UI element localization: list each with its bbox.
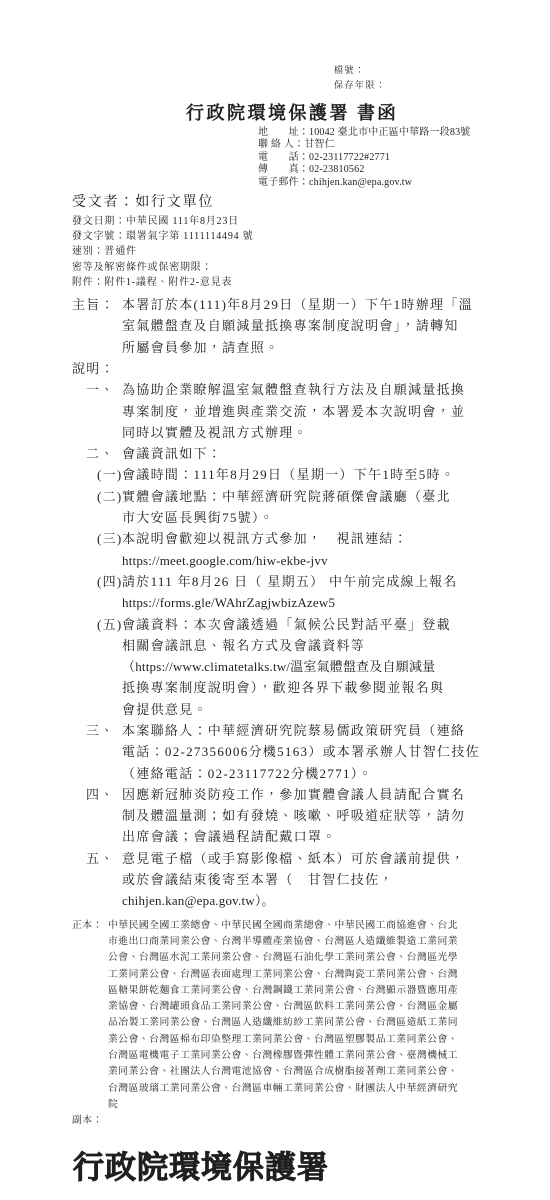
document-title: 行政院環境保護署 書函 [0,0,550,124]
item-line: 抵換專案制度說明會），歡迎各界下載參閱並報名與 [122,677,451,698]
item-line: 會提供意見。 [122,699,451,720]
subject-line: 所屬會員參加，請查照。 [122,337,473,358]
item-number: (二) [97,486,122,529]
item-line: 實體會議地點：中華經濟研究院蔣碩傑會議廳（臺北 [122,486,451,507]
item-number: 四、 [86,784,122,848]
cc-line: 業公會、台灣區棉布印染整理工業同業公會、台灣區塑膠製品工業同業公會、 [108,1032,458,1048]
recipient-line: 受文者：如行文單位 [72,195,550,210]
explanation-label: 說明： [72,358,550,379]
item-number: (四) [97,571,122,614]
official-letter-page: 檔號： 保存年限： 行政院環境保護署 書函 地 址：10042 臺北市中正區中華… [0,0,550,1200]
agency-contact-block: 地 址：10042 臺北市中正區中華路一段83號 聯 絡 人：甘智仁 電 話：0… [258,127,550,189]
cc-line: 業協會、台灣罐頭食品工業同業公會、台灣區飲料工業同業公會、台灣區金屬 [108,999,458,1015]
original-copy-section: 正本： 中華民國全國工業總會、中華民國全國商業總會、中華民國工商協進會、台北 市… [72,918,550,1114]
item-line: 出席會議；會議過程請配戴口罩。 [122,826,465,847]
item-line: 因應新冠肺炎防疫工作，參加實體會議人員請配合實名 [122,784,465,805]
item-line: 本案聯絡人：中華經濟研究院蔡易儒政策研究員（連絡 [122,720,480,741]
item-number: (一) [97,464,122,485]
item-line: 同時以實體及視訊方式辦理。 [122,422,465,443]
item-line: 相關會議訊息、報名方式及會議資料等 [122,635,451,656]
item-line: 請於111 年8月26 日（ 星期五） 中午前完成線上報名 [122,571,458,592]
explanation-item-4: 四、 因應新冠肺炎防疫工作，參加實體會議人員請配合實名 制及體溫量測；如有發燒、… [86,784,550,848]
contact-address-line: 地 址：10042 臺北市中正區中華路一段83號 [258,127,550,139]
item-number: (三) [97,528,122,571]
doc-meta-block: 發文日期：中華民國 111年8月23日 發文字號：環署氣字第 111111449… [72,214,550,290]
doc-number-line: 發文字號：環署氣字第 1111114494 號 [72,229,550,244]
issue-date-line: 發文日期：中華民國 111年8月23日 [72,214,550,229]
item-line: 或於會議結束後寄至本署（ 甘智仁技佐， [122,869,465,890]
item-line: 制及體溫量測；如有發燒、咳嗽、呼吸道症狀等，請勿 [122,805,465,826]
explanation-item-5: 五、 意見電子檔（或手寫影像檔、紙本）可於會議前提供， 或於會議結束後寄至本署（… [86,848,550,912]
item-line: 為協助企業瞭解溫室氣體盤查執行方法及自願減量抵換 [122,379,465,400]
item-number: (五) [97,614,122,720]
cc-line: 市進出口商業同業公會、台灣半導體產業協會、台灣區人造纖維製造工業同業 [108,934,458,950]
cc-line: 工業同業公會、台灣區表面處理工業同業公會、台灣陶瓷工業同業公會、台灣 [108,967,458,983]
contact-email-line: 電子郵件：chihjen.kan@epa.gov.tw [258,177,550,189]
item-line: 專案制度，並增進與產業交流，本署爰本次說明會，並 [122,401,465,422]
contact-phone-line: 電 話：02-23117722#2771 [258,152,550,164]
item-line: 本說明會歡迎以視訊方式參加， 視訊連結： [122,528,408,549]
contact-fax-line: 傳 真：02-23810562 [258,164,550,176]
file-retention-block: 檔號： 保存年限： [334,63,387,93]
explanation-item-3: 三、 本案聯絡人：中華經濟研究院蔡易儒政策研究員（連絡 電話：02-273560… [86,720,550,784]
meeting-material-item: (五) 會議資料：本次會議透過「氣候公民對話平臺」登載 相關會議訊息、報名方式及… [97,614,550,720]
subject-line: 室氣體盤查及自願減量抵換專案制度說明會」，請轉知 [122,315,473,336]
security-class-line: 密等及解密條件或保密期限： [72,260,550,275]
attachments-line: 附件：附件1-議程、附件2-意見表 [72,275,550,290]
video-link-item: (三) 本說明會歡迎以視訊方式參加， 視訊連結： https://meet.go… [97,528,550,571]
cc-line: 區糖果餅乾麵食工業同業公會、台灣鋼鐵工業同業公會、台灣顯示器暨應用產 [108,983,458,999]
cc-line: 中華民國全國工業總會、中華民國全國商業總會、中華民國工商協進會、台北 [108,918,458,934]
explanation-item-1: 一、 為協助企業瞭解溫室氣體盤查執行方法及自願減量抵換 專案制度，並增進與產業交… [86,379,550,443]
climatetalks-url-text: （https://www.climatetalks.tw/溫室氣體盤查及自願減量 [122,656,451,677]
item-number: 二、 [86,443,122,464]
registration-item: (四) 請於111 年8月26 日（ 星期五） 中午前完成線上報名 https:… [97,571,550,614]
speed-class-line: 速別：普通件 [72,244,550,259]
cc-line: 品冶製工業同業公會、台灣區人造纖維紡紗工業同業公會、台灣區造紙工業同 [108,1015,458,1031]
item-line: 意見電子檔（或手寫影像檔、紙本）可於會議前提供， [122,848,465,869]
agency-seal-signature: 行政院環境保護署 [73,1148,550,1188]
email-text: chihjen.kan@epa.gov.tw）。 [122,890,465,911]
item-line: 會議資料：本次會議透過「氣候公民對話平臺」登載 [122,614,451,635]
item-line: 會議時間：111年8月29日（星期一）下午1時至5時。 [122,464,455,485]
cc-line: 業同業公會、社團法人台灣電池協會、台灣區合成樹脂接著劑工業同業公會、 [108,1064,458,1080]
subject-section: 主旨： 本署訂於本(111)年8月29日（星期一）下午1時辦理「溫 室氣體盤查及… [72,294,550,358]
item-line: 電話：02-27356006分機5163）或本署承辦人甘智仁技佐 [122,741,480,762]
subject-label: 主旨： [72,294,122,358]
original-copy-label: 正本： [72,918,108,1114]
subject-line: 本署訂於本(111)年8月29日（星期一）下午1時辦理「溫 [122,294,473,315]
item-number: 五、 [86,848,122,912]
meeting-time-item: (一) 會議時間：111年8月29日（星期一）下午1時至5時。 [97,464,550,485]
meeting-place-item: (二) 實體會議地點：中華經濟研究院蔣碩傑會議廳（臺北 市大安區長興街75號）。 [97,486,550,529]
item-number: 一、 [86,379,122,443]
explanation-item-2: 二、 會議資訊如下： [86,443,550,464]
item-line: （連絡電話：02-23117722分機2771）。 [122,763,480,784]
letter-body: 主旨： 本署訂於本(111)年8月29日（星期一）下午1時辦理「溫 室氣體盤查及… [72,294,550,912]
cc-line: 院 [108,1097,458,1113]
form-url-text: https://forms.gle/WAhrZagjwbizAzew5 [122,592,458,613]
cc-line: 公會、台灣區水泥工業同業公會、台灣區石油化學工業同業公會、台灣區光學 [108,950,458,966]
carbon-copy-label: 副本： [72,1113,550,1129]
meet-url-text: https://meet.google.com/hiw-ekbe-jvv [122,550,408,571]
item-number: 三、 [86,720,122,784]
item-line: 市大安區長興街75號）。 [122,507,451,528]
item-line: 會議資訊如下： [122,443,222,464]
contact-person-line: 聯 絡 人：甘智仁 [258,139,550,151]
cc-line: 台灣區玻璃工業同業公會、台灣區車輛工業同業公會、財團法人中華經濟研究 [108,1081,458,1097]
retention-period-label: 保存年限： [334,78,387,93]
file-number-label: 檔號： [334,63,387,78]
cc-line: 台灣區電機電子工業同業公會、台灣橡膠暨彈性體工業同業公會、臺灣機械工 [108,1048,458,1064]
